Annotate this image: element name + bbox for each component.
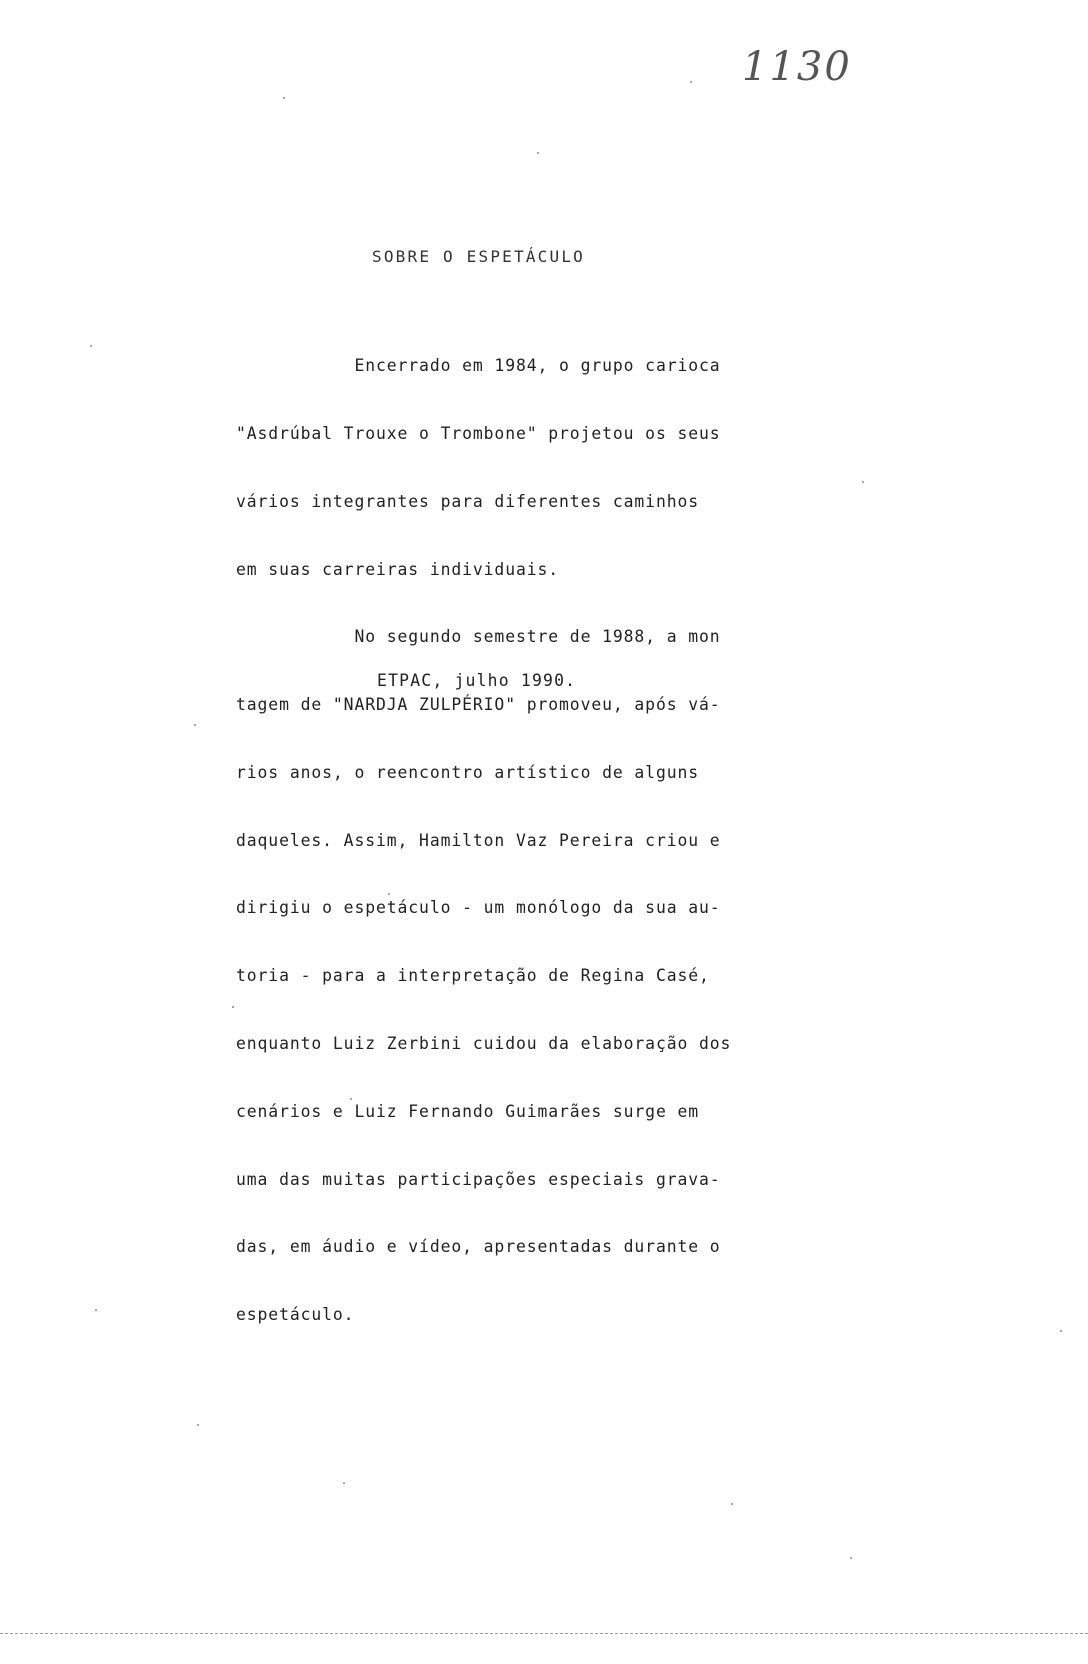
scan-speck <box>194 724 196 726</box>
scan-speck <box>350 1098 352 1100</box>
body-line: No segundo semestre de 1988, a mon <box>236 626 731 649</box>
body-line: rios anos, o reencontro artístico de alg… <box>236 762 731 785</box>
body-line: "Asdrúbal Trouxe o Trombone" projetou os… <box>236 423 731 446</box>
body-paragraphs: Encerrado em 1984, o grupo carioca "Asdr… <box>236 310 731 1372</box>
scan-speck <box>537 152 539 154</box>
scan-speck <box>90 345 92 347</box>
signature-line: ETPAC, julho 1990. <box>377 671 576 690</box>
scan-speck <box>343 1482 345 1484</box>
body-line: em suas carreiras individuais. <box>236 559 731 582</box>
document-title: SOBRE O ESPETÁCULO <box>372 247 585 266</box>
scan-speck <box>197 1424 199 1426</box>
body-line: tagem de "NARDJA ZULPÉRIO" promoveu, apó… <box>236 694 731 717</box>
body-line: enquanto Luiz Zerbini cuidou da elaboraç… <box>236 1033 731 1056</box>
scan-speck <box>731 1503 733 1505</box>
body-line: espetáculo. <box>236 1304 731 1327</box>
scan-speck <box>862 481 864 483</box>
scan-speck <box>232 1006 234 1008</box>
body-line: uma das muitas participações especiais g… <box>236 1169 731 1192</box>
scan-speck <box>283 97 285 99</box>
scan-speck <box>388 893 390 895</box>
body-line: Encerrado em 1984, o grupo carioca <box>236 355 731 378</box>
body-line: vários integrantes para diferentes camin… <box>236 491 731 514</box>
scan-speck <box>1060 1330 1062 1332</box>
scan-speck <box>690 81 692 83</box>
body-line: dirigiu o espetáculo - um monólogo da su… <box>236 897 731 920</box>
body-line: cenários e Luiz Fernando Guimarães surge… <box>236 1101 731 1124</box>
scan-speck <box>338 980 340 982</box>
handwritten-page-number: 1130 <box>742 44 852 90</box>
body-line: toria - para a interpretação de Regina C… <box>236 965 731 988</box>
scan-speck <box>850 1557 852 1559</box>
body-line: daqueles. Assim, Hamilton Vaz Pereira cr… <box>236 830 731 853</box>
scan-edge-line <box>0 1633 1088 1634</box>
body-line: das, em áudio e vídeo, apresentadas dura… <box>236 1236 731 1259</box>
scan-speck <box>95 1309 97 1311</box>
document-page: 1130 SOBRE O ESPETÁCULO Encerrado em 198… <box>0 0 1088 1664</box>
